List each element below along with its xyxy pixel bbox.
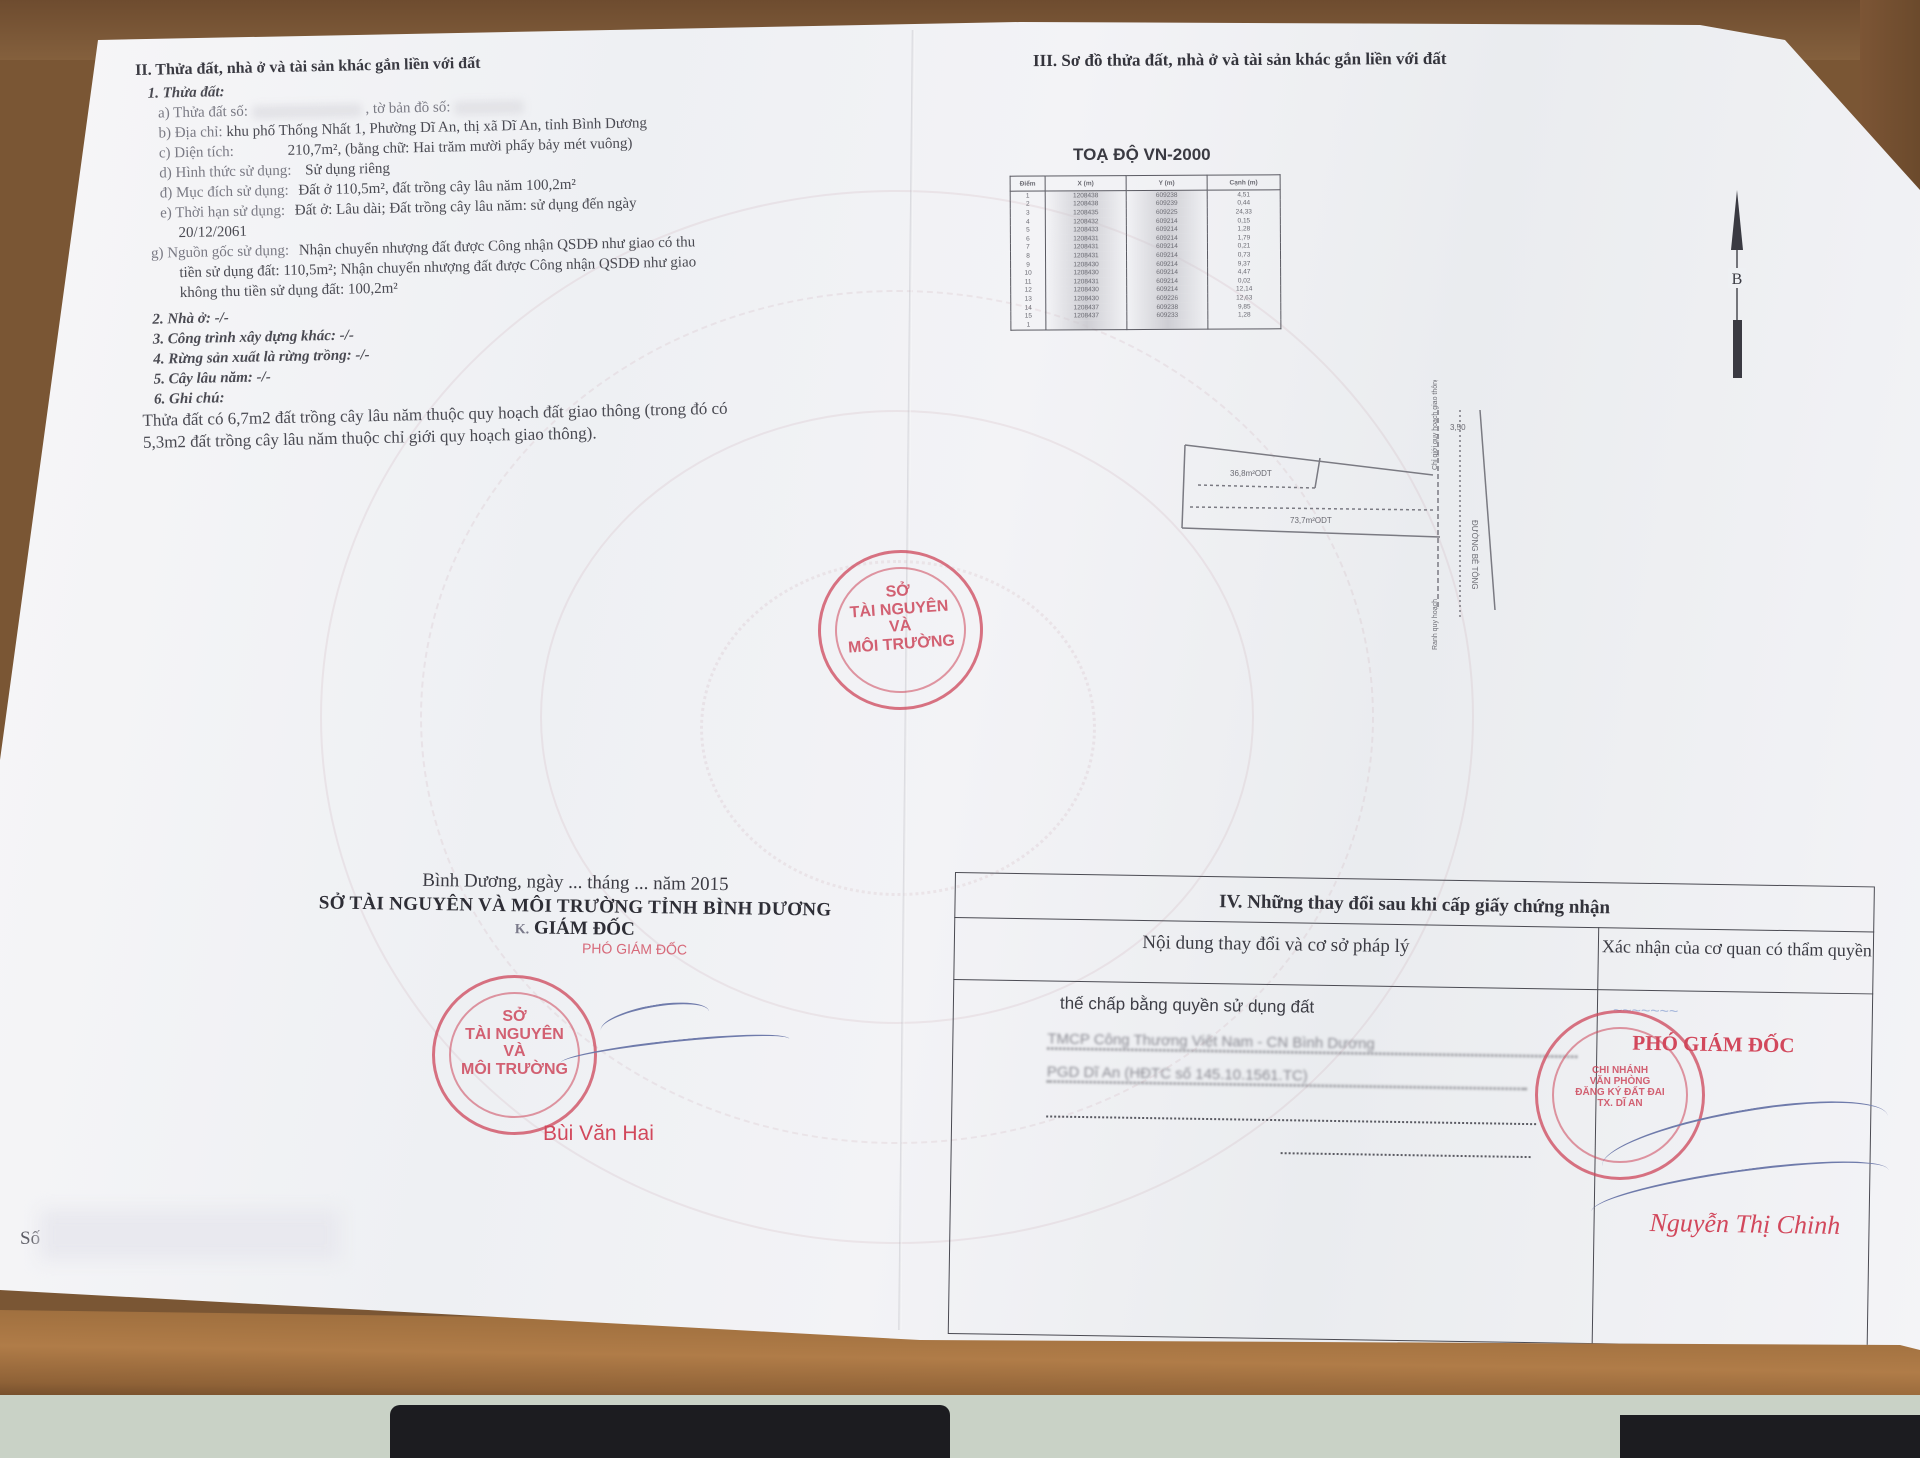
- land-certificate-paper: II. Thửa đất, nhà ở và tài sản khác gắn …: [0, 0, 1920, 1458]
- chair-2: [1620, 1415, 1920, 1458]
- svg-text:ĐƯỜNG BÊ TÔNG: ĐƯỜNG BÊ TÔNG: [1470, 520, 1479, 590]
- redacted-map-sheet: [454, 99, 524, 114]
- origin-label: g) Nguồn gốc sử dụng:: [151, 243, 289, 262]
- parcel-number-label: a) Thửa đất số:: [158, 104, 248, 122]
- chair: [390, 1405, 950, 1458]
- usage-form-label: d) Hình thức sử dụng:: [159, 163, 291, 182]
- redacted-serial: [40, 1210, 340, 1260]
- area-label: c) Diện tích:: [159, 144, 234, 162]
- north-arrow-icon: B: [1725, 190, 1749, 380]
- svg-text:Ranh quy hoạch: Ranh quy hoạch: [1432, 599, 1439, 650]
- parcel-diagram: 36,8m²ODT 73,7m²ODT 3,50 ĐƯỜNG BÊ TÔNG C…: [1150, 380, 1510, 680]
- col-confirm-header: Xác nhận của cơ quan có thẩm quyền: [1600, 935, 1874, 961]
- change-entry-line-1: thế chấp bằng quyền sử dụng đất: [1060, 994, 1315, 1018]
- redacted-parcel-number: [252, 103, 362, 119]
- svg-text:Chỉ giới quy hoạch giao thông: Chỉ giới quy hoạch giao thông: [1431, 380, 1439, 470]
- left-signature-block: Bình Dương, ngày ... tháng ... năm 2015 …: [274, 868, 875, 960]
- left-signer-name: Bùi Văn Hai: [543, 1122, 654, 1146]
- coordinate-row: 1: [1011, 319, 1281, 330]
- left-official-stamp: SỞ TÀI NGUYÊN VÀ MÔI TRƯỜNG: [432, 975, 597, 1135]
- address-label: b) Địa chỉ:: [158, 124, 222, 141]
- svg-text:73,7m²ODT: 73,7m²ODT: [1290, 516, 1332, 525]
- map-sheet-label: , tờ bản đồ số:: [365, 99, 450, 117]
- section-iii-title: III. Sơ đồ thửa đất, nhà ở và tài sản kh…: [1033, 49, 1447, 71]
- change-entry-line-5: .: [1281, 1135, 1531, 1158]
- coordinate-table-title: TOẠ ĐỘ VN-2000: [1073, 145, 1211, 165]
- term-label: e) Thời hạn sử dụng:: [160, 203, 285, 222]
- purpose-label: đ) Mục đích sử dụng:: [160, 183, 289, 202]
- section-ii: II. Thửa đất, nhà ở và tài sản khác gắn …: [135, 50, 728, 454]
- svg-text:B: B: [1732, 271, 1743, 288]
- serial-label: Số: [20, 1228, 40, 1250]
- svg-text:3,50: 3,50: [1450, 423, 1466, 432]
- svg-text:36,8m²ODT: 36,8m²ODT: [1230, 469, 1272, 478]
- coordinate-table: Điểm X (m) Y (m) Cạnh (m) 11208438609238…: [1010, 174, 1282, 330]
- col-content-header: Nội dung thay đổi và cơ sở pháp lý: [954, 929, 1598, 961]
- usage-form-value: Sử dụng riêng: [295, 161, 390, 179]
